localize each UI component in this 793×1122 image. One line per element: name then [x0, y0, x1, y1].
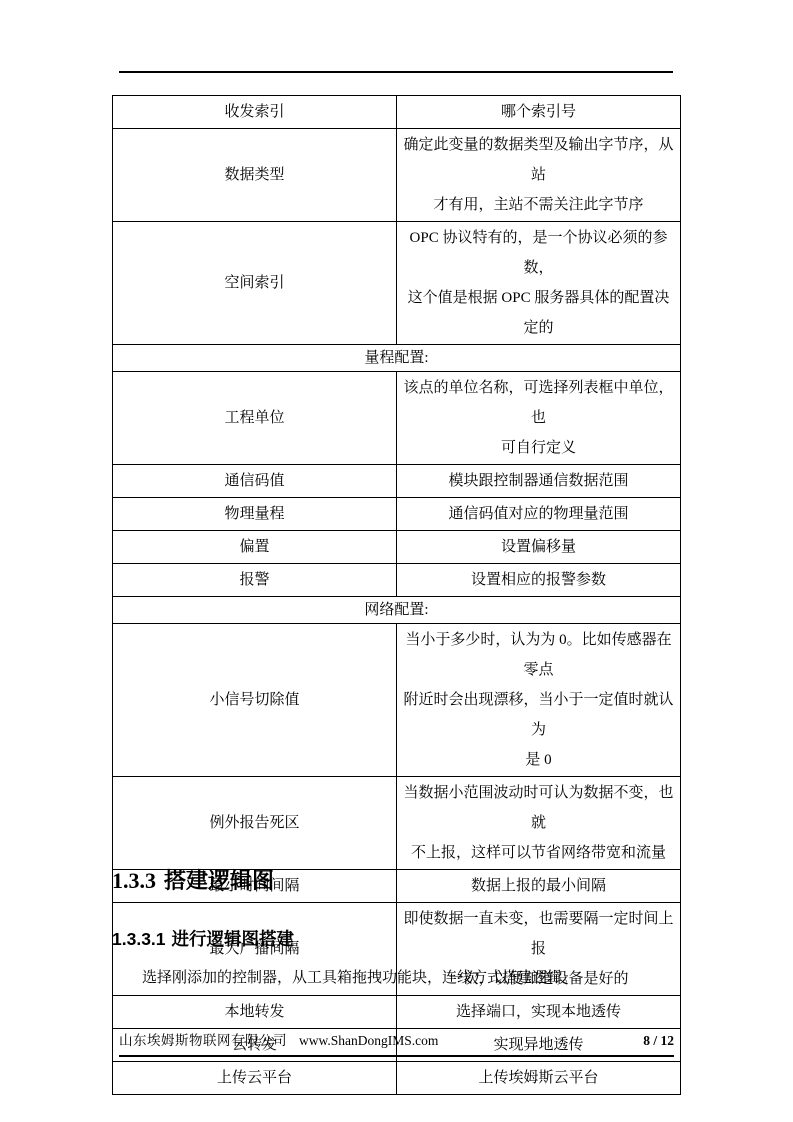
section-label: 量程配置: [113, 345, 681, 372]
row-desc: 当小于多少时，认为为 0。比如传感器在零点 附近时会出现漂移，当小于一定值时就认… [397, 624, 681, 777]
section-heading-title: 搭建逻辑图 [164, 868, 274, 893]
table-row: 报警 设置相应的报警参数 [113, 564, 681, 597]
table-row: 工程单位 该点的单位名称，可选择列表框中单位，也 可自行定义 [113, 372, 681, 465]
row-label: 通信码值 [113, 465, 397, 498]
row-desc: 上传埃姆斯云平台 [397, 1062, 681, 1095]
header-rule [119, 71, 673, 73]
section-label: 网络配置: [113, 597, 681, 624]
table-section-row: 网络配置: [113, 597, 681, 624]
row-desc: 该点的单位名称，可选择列表框中单位，也 可自行定义 [397, 372, 681, 465]
footer-website: www.ShanDongIMS.com [299, 1033, 438, 1048]
row-label: 空间索引 [113, 222, 397, 345]
table-row: 收发索引 哪个索引号 [113, 96, 681, 129]
table-row: 数据类型 确定此变量的数据类型及输出字节序，从站 才有用，主站不需关注此字节序 [113, 129, 681, 222]
row-label: 本地转发 [113, 996, 397, 1029]
row-label: 报警 [113, 564, 397, 597]
row-desc: 模块跟控制器通信数据范围 [397, 465, 681, 498]
page-number: 8 / 12 [643, 1032, 674, 1050]
document-page: 收发索引 哪个索引号 数据类型 确定此变量的数据类型及输出字节序，从站 才有用，… [0, 0, 793, 1122]
row-desc: 数据上报的最小间隔 [397, 870, 681, 903]
row-label: 数据类型 [113, 129, 397, 222]
section-heading: 1.3.3搭建逻辑图 [112, 866, 274, 896]
section-heading-number: 1.3.3 [112, 868, 156, 893]
row-desc: 选择端口，实现本地透传 [397, 996, 681, 1029]
table-row: 偏置 设置偏移量 [113, 531, 681, 564]
table-section-row: 量程配置: [113, 345, 681, 372]
table-row: 上传云平台 上传埃姆斯云平台 [113, 1062, 681, 1095]
table-row: 本地转发 选择端口，实现本地透传 [113, 996, 681, 1029]
table-row: 空间索引 OPC 协议特有的，是一个协议必须的参数， 这个值是根据 OPC 服务… [113, 222, 681, 345]
body-paragraph: 选择刚添加的控制器，从工具箱拖拽功能块，连线方式搭建逻辑。 [112, 966, 681, 990]
page-footer: 山东埃姆斯物联网有限公司www.ShanDongIMS.com 8 / 12 [119, 1032, 674, 1057]
row-desc: 通信码值对应的物理量范围 [397, 498, 681, 531]
table-row: 小信号切除值 当小于多少时，认为为 0。比如传感器在零点 附近时会出现漂移，当小… [113, 624, 681, 777]
footer-left: 山东埃姆斯物联网有限公司www.ShanDongIMS.com [119, 1032, 438, 1050]
row-label: 物理量程 [113, 498, 397, 531]
row-desc: 设置偏移量 [397, 531, 681, 564]
row-label: 小信号切除值 [113, 624, 397, 777]
subsection-heading-title: 进行逻辑图搭建 [172, 929, 295, 949]
table-row: 物理量程 通信码值对应的物理量范围 [113, 498, 681, 531]
row-desc: 哪个索引号 [397, 96, 681, 129]
footer-company-name: 山东埃姆斯物联网有限公司 [119, 1033, 287, 1048]
row-desc: 设置相应的报警参数 [397, 564, 681, 597]
row-desc: OPC 协议特有的，是一个协议必须的参数， 这个值是根据 OPC 服务器具体的配… [397, 222, 681, 345]
row-desc: 确定此变量的数据类型及输出字节序，从站 才有用，主站不需关注此字节序 [397, 129, 681, 222]
subsection-heading: 1.3.3.1进行逻辑图搭建 [112, 926, 294, 952]
row-label: 偏置 [113, 531, 397, 564]
row-desc: 当数据小范围波动时可认为数据不变，也就 不上报，这样可以节省网络带宽和流量 [397, 777, 681, 870]
row-label: 上传云平台 [113, 1062, 397, 1095]
row-label: 工程单位 [113, 372, 397, 465]
table-row: 通信码值 模块跟控制器通信数据范围 [113, 465, 681, 498]
row-label: 例外报告死区 [113, 777, 397, 870]
table-row: 例外报告死区 当数据小范围波动时可认为数据不变，也就 不上报，这样可以节省网络带… [113, 777, 681, 870]
row-label: 收发索引 [113, 96, 397, 129]
subsection-heading-number: 1.3.3.1 [112, 929, 166, 949]
